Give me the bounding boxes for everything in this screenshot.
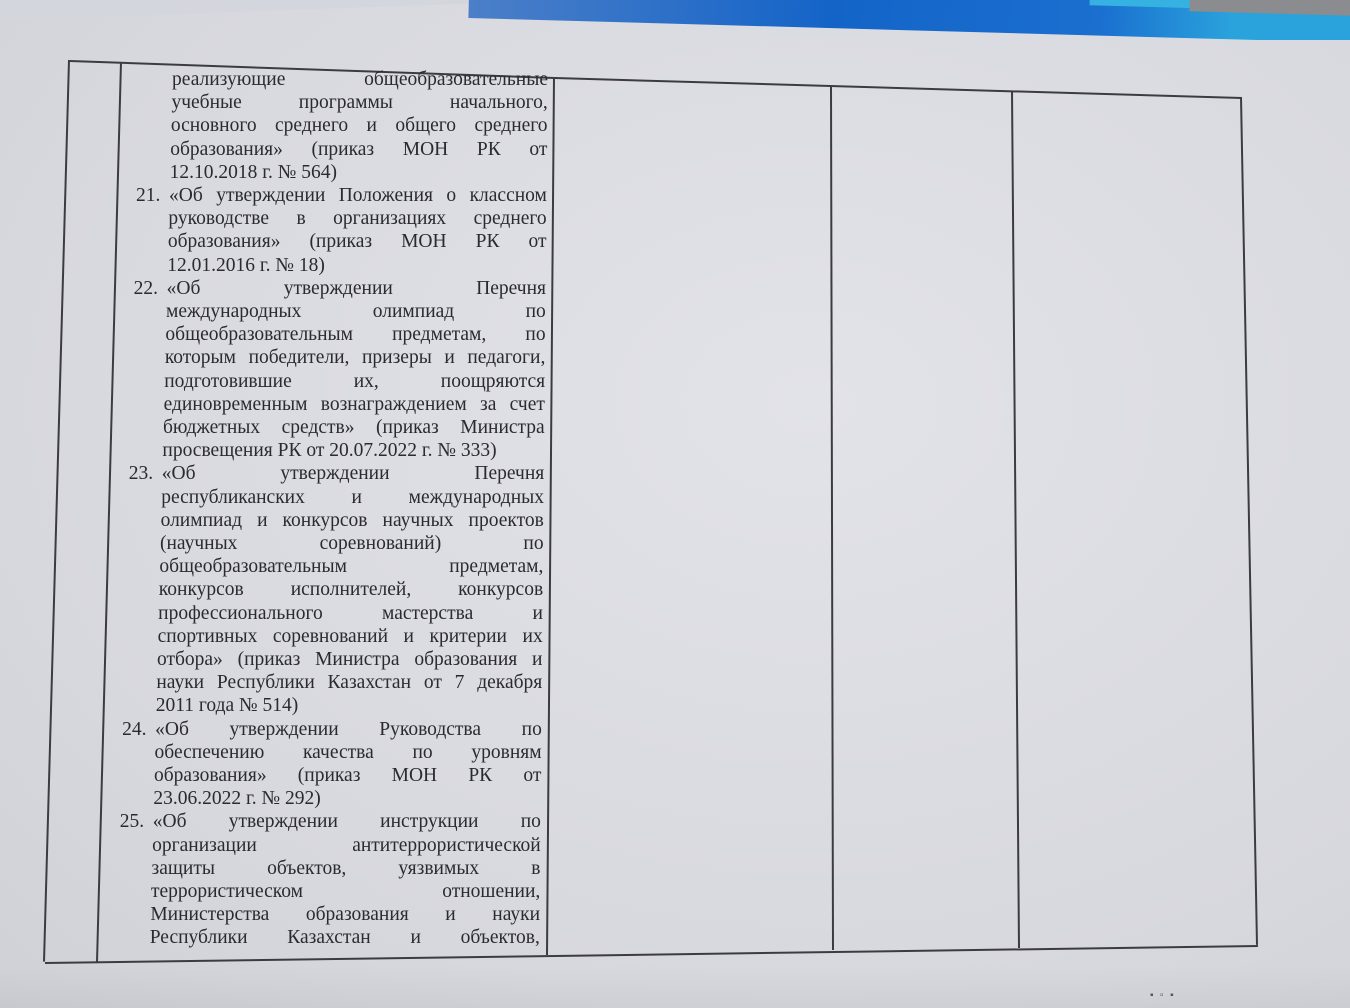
page-shadow xyxy=(0,965,1350,1008)
text-line: науки Республики Казахстан от 7 декабря xyxy=(156,671,542,694)
entry-number: 22. xyxy=(134,277,158,300)
text-line: спортивных соревнований и критерии их xyxy=(158,625,543,648)
entry-number: 23. xyxy=(129,462,153,485)
text-line: олимпиад и конкурсов научных проектов xyxy=(161,509,544,532)
text-line: единовременным вознаграждением за счет xyxy=(164,393,545,416)
text-line: которым победители, призеры и педагоги, xyxy=(165,346,546,369)
text-line: защиты объектов, уязвимых в xyxy=(152,857,541,880)
text-line: образования» (приказ МОН РК от xyxy=(170,138,547,161)
text-line: «Об утверждении Перечня xyxy=(162,462,544,485)
text-line: образования» (приказ МОН РК от xyxy=(168,230,547,253)
text-line: 23.06.2022 г. № 292) xyxy=(153,787,541,810)
text-line: образования» (приказ МОН РК от xyxy=(154,764,541,787)
text-line: «Об утверждении Положения о классном xyxy=(169,184,547,207)
text-line: учебные программы начального, xyxy=(171,91,547,114)
text-line: общеобразовательным предметам, xyxy=(159,555,543,578)
text-line: террористическом отношении, xyxy=(151,880,540,903)
text-line: «Об утверждении инструкции по xyxy=(153,810,541,833)
entry-number: 21. xyxy=(136,184,160,207)
text-line: общеобразовательным предметам, по xyxy=(165,323,545,346)
text-line: основного среднего и общего среднего xyxy=(171,114,548,137)
text-line: «Об утверждении Перечня xyxy=(167,277,546,300)
text-line: просвещения РК от 20.07.2022 г. № 333) xyxy=(162,439,544,462)
entry-number: 25. xyxy=(120,810,144,833)
text-line: 2011 года № 514) xyxy=(156,694,542,717)
text-line: Республики Казахстан и объектов, xyxy=(150,926,540,949)
text-line: обеспечению качества по уровням xyxy=(155,741,542,764)
background-blue-band xyxy=(0,0,1350,40)
text-line: профессионального мастерства и xyxy=(158,602,543,625)
entry-number: 24. xyxy=(122,718,146,741)
text-line: 12.01.2016 г. № 18) xyxy=(167,254,546,277)
text-line: организации антитеррористической xyxy=(152,834,541,857)
text-line: 12.10.2018 г. № 564) xyxy=(170,161,547,184)
text-line: конкурсов исполнителей, конкурсов xyxy=(159,578,543,601)
text-line: бюджетных средств» (приказ Министра xyxy=(163,416,545,439)
text-line: «Об утверждении Руководства по xyxy=(155,718,542,741)
text-line: реализующие общеобразовательные xyxy=(172,68,548,91)
background-dots: ▪ ▫ ▪ xyxy=(1150,990,1176,1001)
text-line: подготовившие их, поощряются xyxy=(164,370,545,393)
text-line: руководстве в организациях среднего xyxy=(168,207,546,230)
text-line: международных олимпиад по xyxy=(166,300,546,323)
text-line: отбора» (приказ Министра образования и xyxy=(157,648,543,671)
text-line: Министерства образования и науки xyxy=(150,903,540,926)
text-line: республиканских и международных xyxy=(161,486,544,509)
text-line: (научных соревнований) по xyxy=(160,532,544,555)
